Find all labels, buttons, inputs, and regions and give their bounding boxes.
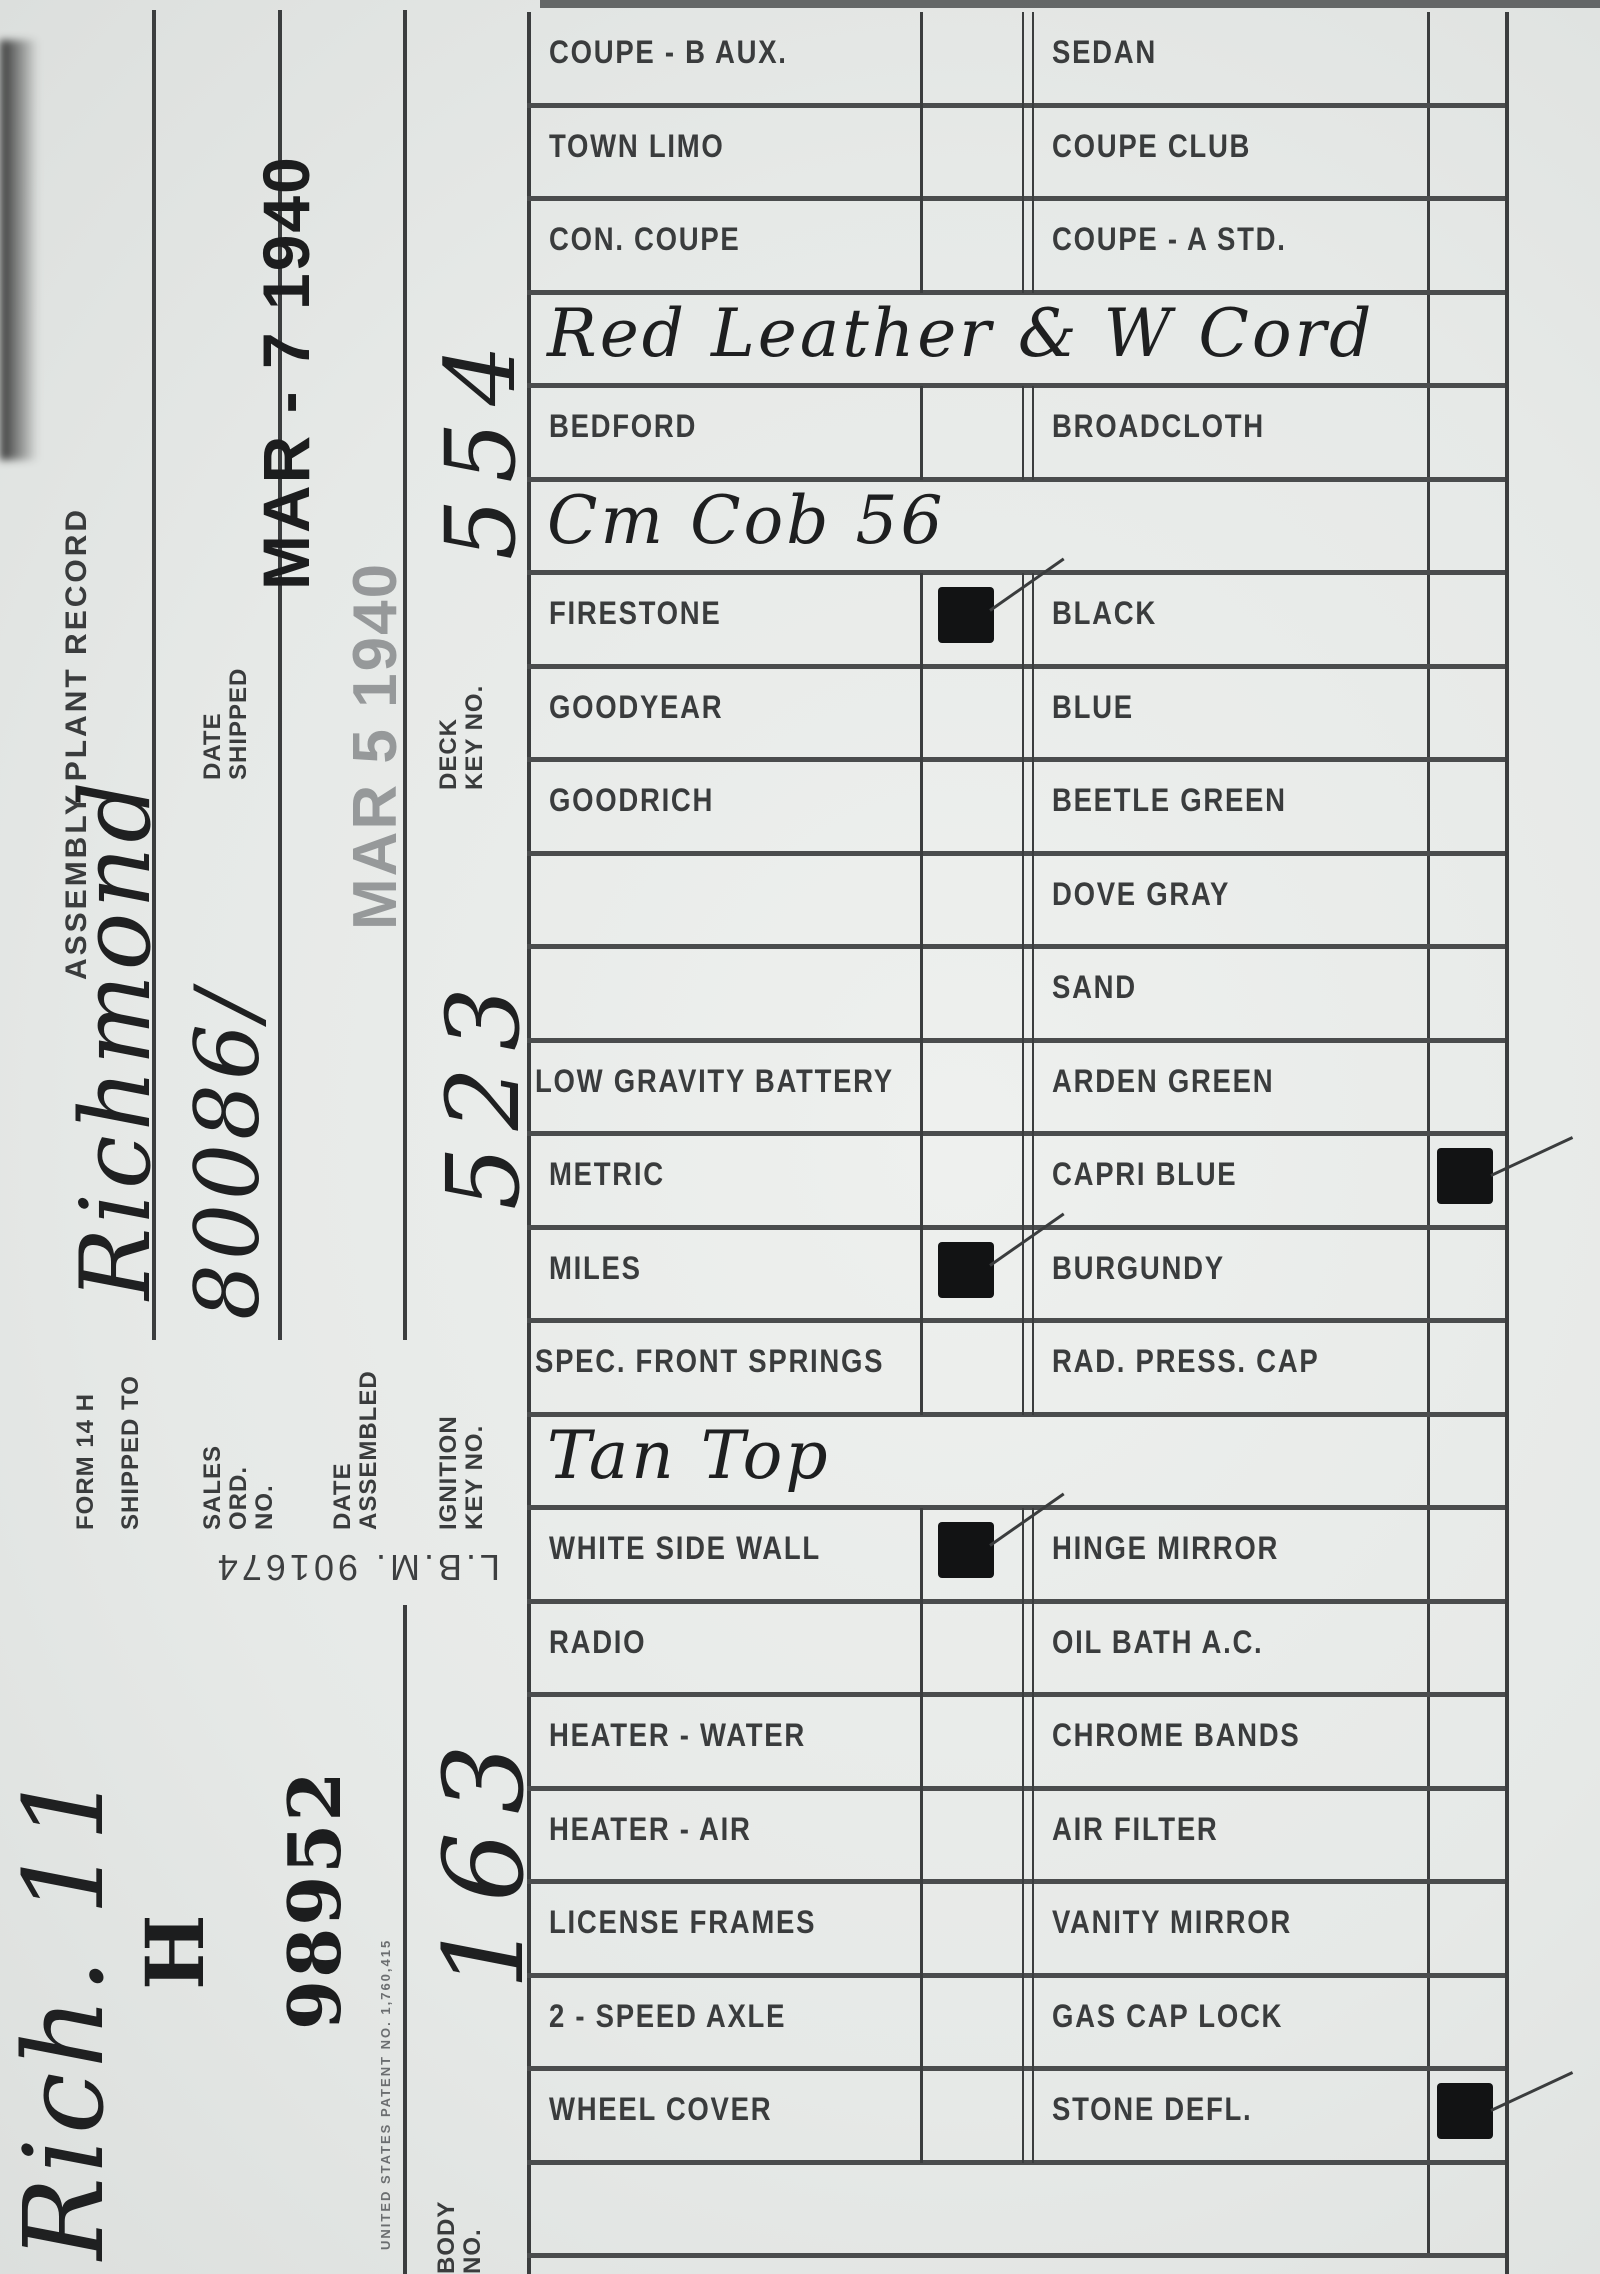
option-label-right: BLACK: [1052, 595, 1157, 632]
patent-notice: UNITED STATES PATENT NO. 1,760,415: [378, 1939, 393, 2250]
option-label-right: BEETLE GREEN: [1052, 782, 1287, 819]
checkbox-right[interactable]: [1427, 199, 1505, 293]
option-label-left: COUPE - B AUX.: [549, 34, 788, 71]
check-mark-icon: [1437, 2083, 1493, 2139]
deck-key-no-value: 554: [425, 329, 537, 560]
option-label-right: COUPE - A STD.: [1052, 221, 1287, 258]
checkbox-right[interactable]: [1427, 667, 1505, 761]
checkbox-left[interactable]: [920, 1882, 1022, 1976]
option-label-right: BURGUNDY: [1052, 1250, 1225, 1287]
option-label-right: OIL BATH A.C.: [1052, 1624, 1263, 1661]
option-label-right: RAD. PRESS. CAP: [1052, 1343, 1319, 1380]
date-assembled-label: DATE ASSEMBLED: [330, 1380, 382, 1530]
checkbox-right[interactable]: [1427, 947, 1505, 1041]
form-number: FORM 14 H: [73, 1393, 99, 1530]
checkbox-left[interactable]: [920, 199, 1022, 293]
option-label-left: 2 - SPEED AXLE: [549, 1998, 786, 2035]
option-label-right: SAND: [1052, 969, 1137, 1006]
checkbox-left[interactable]: [920, 947, 1022, 1041]
checkbox-right[interactable]: [1427, 1789, 1505, 1883]
option-label-right: DOVE GRAY: [1052, 876, 1230, 913]
handwritten-top: Tan Top: [547, 1417, 831, 1494]
checkbox-left[interactable]: [920, 1134, 1022, 1228]
option-label-right: AIR FILTER: [1052, 1811, 1219, 1848]
sales-ord-no-value: 80086/: [176, 986, 279, 1320]
check-mark-icon: [938, 1522, 994, 1578]
option-label-left: TOWN LIMO: [549, 128, 724, 165]
check-mark-icon: [938, 1242, 994, 1298]
ignition-key-no-label: IGNITION KEY NO.: [436, 1390, 488, 1530]
check-mark-icon: [938, 587, 994, 643]
card-top-edge: [540, 0, 1600, 8]
header-rule-4: [403, 1605, 407, 2274]
option-label-right: HINGE MIRROR: [1052, 1530, 1279, 1567]
option-label-left: HEATER - WATER: [549, 1717, 806, 1754]
checkbox-right[interactable]: [1427, 1041, 1505, 1135]
checkbox-right[interactable]: [1427, 1508, 1505, 1602]
check-mark-icon: [1437, 1148, 1493, 1204]
table-right-rule: [1505, 12, 1509, 2274]
option-label-left: BEDFORD: [549, 408, 697, 445]
option-label-left: LICENSE FRAMES: [549, 1904, 816, 1941]
checkbox-right[interactable]: [1427, 760, 1505, 854]
option-label-right: STONE DEFL.: [1052, 2091, 1252, 2128]
serial-number: 98952: [272, 1770, 357, 2031]
option-label-right: BROADCLOTH: [1052, 408, 1265, 445]
option-label-left: METRIC: [549, 1156, 665, 1193]
option-label-right: CHROME BANDS: [1052, 1717, 1300, 1754]
sales-ord-no-label: SALES ORD. NO.: [200, 1420, 278, 1530]
date-shipped-stamp: MAR - 7 1940: [248, 155, 324, 590]
checkbox-left[interactable]: [920, 386, 1022, 480]
handwritten-upholstery: Red Leather & W Cord: [547, 295, 1374, 372]
checkbox-right[interactable]: [1427, 12, 1505, 106]
serial-prefix: H: [128, 1912, 222, 1990]
plant-note: Rich. 11: [0, 1768, 128, 2260]
checkbox-right[interactable]: [1427, 1976, 1505, 2070]
ignition-key-no-value: 523: [425, 971, 542, 1210]
checkbox-left[interactable]: [920, 760, 1022, 854]
checkbox-left[interactable]: [920, 1789, 1022, 1883]
photo-shadow: [0, 40, 38, 460]
shipped-to-value: Richmond: [60, 777, 172, 1300]
checkbox-right[interactable]: [1427, 2163, 1505, 2257]
checkbox-left[interactable]: [920, 2163, 1022, 2257]
option-label-left: WHEEL COVER: [549, 2091, 772, 2128]
checkbox-left[interactable]: [920, 1041, 1022, 1135]
option-label-right: BLUE: [1052, 689, 1134, 726]
option-label-left: LOW GRAVITY BATTERY: [535, 1063, 894, 1100]
option-label-left: GOODRICH: [549, 782, 714, 819]
date-assembled-stamp: MAR 5 1940: [340, 562, 411, 930]
checkbox-left[interactable]: [920, 106, 1022, 200]
option-label-left: WHITE SIDE WALL: [549, 1530, 821, 1567]
option-label-right: VANITY MIRROR: [1052, 1904, 1292, 1941]
option-label-right: CAPRI BLUE: [1052, 1156, 1237, 1193]
handwritten-paint_code: Cm Cob 56: [547, 482, 946, 559]
option-label-left: GOODYEAR: [549, 689, 723, 726]
option-label-right: ARDEN GREEN: [1052, 1063, 1274, 1100]
option-label-left: HEATER - AIR: [549, 1811, 752, 1848]
checkbox-left[interactable]: [920, 667, 1022, 761]
checkbox-right[interactable]: [1427, 1882, 1505, 1976]
option-label-left: RADIO: [549, 1624, 646, 1661]
checkbox-right[interactable]: [1427, 1695, 1505, 1789]
checkbox-left[interactable]: [920, 1321, 1022, 1415]
checkbox-right[interactable]: [1427, 1228, 1505, 1322]
date-shipped-label: DATE SHIPPED: [200, 670, 252, 780]
option-label-right: SEDAN: [1052, 34, 1157, 71]
body-no-label: BODY NO.: [434, 2154, 486, 2274]
option-label-right: COUPE CLUB: [1052, 128, 1251, 165]
checkbox-right[interactable]: [1427, 386, 1505, 480]
checkbox-right[interactable]: [1427, 106, 1505, 200]
checkbox-left[interactable]: [920, 854, 1022, 948]
checkbox-right[interactable]: [1427, 854, 1505, 948]
checkbox-right[interactable]: [1427, 1321, 1505, 1415]
checkbox-left[interactable]: [920, 1695, 1022, 1789]
checkbox-right[interactable]: [1427, 573, 1505, 667]
assembly-plant-record-card: ASSEMBLY PLANT RECORD Richmond FORM 14 H…: [0, 0, 1600, 2274]
checkbox-left[interactable]: [920, 1602, 1022, 1696]
checkbox-left[interactable]: [920, 1976, 1022, 2070]
checkbox-left[interactable]: [920, 2069, 1022, 2163]
lbm-number: L.B.M. 901674: [214, 1546, 500, 1588]
shipped-to-label: SHIPPED TO: [118, 1375, 144, 1530]
option-label-left: MILES: [549, 1250, 642, 1287]
deck-key-no-label: DECK KEY NO.: [436, 680, 488, 790]
option-label-left: CON. COUPE: [549, 221, 741, 258]
checkbox-right[interactable]: [1427, 1602, 1505, 1696]
checkbox-left[interactable]: [920, 12, 1022, 106]
option-label-right: GAS CAP LOCK: [1052, 1998, 1283, 2035]
option-label-left: FIRESTONE: [549, 595, 721, 632]
option-label-left: SPEC. FRONT SPRINGS: [535, 1343, 884, 1380]
